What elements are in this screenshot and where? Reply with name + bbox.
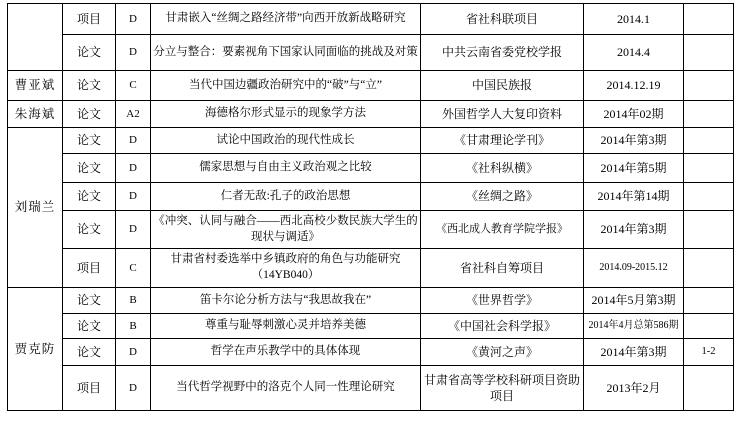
grade-cell: D [116, 183, 151, 211]
grade-cell: A2 [116, 101, 151, 128]
venue-cell: 《黄河之声》 [421, 339, 584, 366]
pages-cell [684, 249, 734, 288]
venue-cell: 《社科纵横》 [421, 154, 584, 183]
pages-cell [684, 101, 734, 128]
entry-type-cell: 论文 [63, 128, 116, 154]
pages-cell: 1-2 [684, 339, 734, 366]
venue-cell: 甘肃省高等学校科研项目资助 项目 [421, 366, 584, 411]
title-cell: 仁者无敌:孔子的政治思想 [151, 183, 421, 211]
pages-cell [684, 366, 734, 411]
venue-cell: 《中国社会科学报》 [421, 314, 584, 339]
pages-cell [684, 154, 734, 183]
venue-cell: 外国哲学人大复印资料 [421, 101, 584, 128]
title-cell: 甘肃嵌入“丝绸之路经济带”向西开放新战略研究 [151, 4, 421, 35]
title-cell: 尊重与耻辱刺激心灵并培养美德 [151, 314, 421, 339]
entry-type-cell: 项目 [63, 249, 116, 288]
pages-cell [684, 35, 734, 71]
venue-cell: 省社科联项目 [421, 4, 584, 35]
entry-type-cell: 论文 [63, 71, 116, 101]
entry-type-cell: 项目 [63, 4, 116, 35]
table-row: 论文 D 儒家思想与自由主义政治观之比较 《社科纵横》 2014年第5期 [8, 154, 734, 183]
title-cell: 甘肃省村委选举中乡镇政府的角色与功能研究 （14YB040） [151, 249, 421, 288]
table-row: 朱海斌 论文 A2 海德格尔形式显示的现象学方法 外国哲学人大复印资料 2014… [8, 101, 734, 128]
entry-type-cell: 论文 [63, 339, 116, 366]
title-cell: 分立与整合：要素视角下国家认同面临的挑战及对策 [151, 35, 421, 71]
entry-type-cell: 论文 [63, 211, 116, 249]
author-name-cell: 朱海斌 [8, 101, 63, 128]
author-name-cell: 刘瑞兰 [8, 128, 63, 288]
author-name-cell: 贾克防 [8, 288, 63, 411]
table-row: 项目 D 甘肃嵌入“丝绸之路经济带”向西开放新战略研究 省社科联项目 2014.… [8, 4, 734, 35]
entry-type-cell: 项目 [63, 366, 116, 411]
title-cell: 海德格尔形式显示的现象学方法 [151, 101, 421, 128]
grade-cell: D [116, 154, 151, 183]
grade-cell: D [116, 128, 151, 154]
table-row: 论文 D 哲学在声乐教学中的具体体现 《黄河之声》 2014年第3期 1-2 [8, 339, 734, 366]
grade-cell: B [116, 314, 151, 339]
date-cell: 2014年02期 [584, 101, 684, 128]
grade-cell: D [116, 366, 151, 411]
pages-cell [684, 314, 734, 339]
title-cell: 《冲突、认同与融合——西北高校少数民族大学生的 现状与调适》 [151, 211, 421, 249]
venue-cell: 省社科自筹项目 [421, 249, 584, 288]
title-cell: 笛卡尔论分析方法与“我思故我在” [151, 288, 421, 314]
date-cell: 2014.12.19 [584, 71, 684, 101]
pages-cell [684, 211, 734, 249]
title-cell: 哲学在声乐教学中的具体体现 [151, 339, 421, 366]
grade-cell: D [116, 4, 151, 35]
date-cell: 2014年4月总第586期 [584, 314, 684, 339]
document-page: 项目 D 甘肃嵌入“丝绸之路经济带”向西开放新战略研究 省社科联项目 2014.… [0, 0, 742, 422]
title-cell: 儒家思想与自由主义政治观之比较 [151, 154, 421, 183]
publications-table: 项目 D 甘肃嵌入“丝绸之路经济带”向西开放新战略研究 省社科联项目 2014.… [7, 3, 734, 411]
pages-cell [684, 288, 734, 314]
table-row: 论文 D 分立与整合：要素视角下国家认同面临的挑战及对策 中共云南省委党校学报 … [8, 35, 734, 71]
date-cell: 2014年5月第3期 [584, 288, 684, 314]
pages-cell [684, 128, 734, 154]
table-row: 曹亚斌 论文 C 当代中国边疆政治研究中的“破”与“立” 中国民族报 2014.… [8, 71, 734, 101]
table-row: 贾克防 论文 B 笛卡尔论分析方法与“我思故我在” 《世界哲学》 2014年5月… [8, 288, 734, 314]
date-cell: 2014.4 [584, 35, 684, 71]
pages-cell [684, 183, 734, 211]
title-cell: 试论中国政治的现代性成长 [151, 128, 421, 154]
date-cell: 2014.1 [584, 4, 684, 35]
venue-cell: 《丝绸之路》 [421, 183, 584, 211]
venue-cell: 中共云南省委党校学报 [421, 35, 584, 71]
entry-type-cell: 论文 [63, 183, 116, 211]
author-name-cell: 曹亚斌 [8, 71, 63, 101]
table-row: 项目 C 甘肃省村委选举中乡镇政府的角色与功能研究 （14YB040） 省社科自… [8, 249, 734, 288]
title-cell: 当代哲学视野中的洛克个人同一性理论研究 [151, 366, 421, 411]
entry-type-cell: 论文 [63, 314, 116, 339]
table-row: 项目 D 当代哲学视野中的洛克个人同一性理论研究 甘肃省高等学校科研项目资助 项… [8, 366, 734, 411]
entry-type-cell: 论文 [63, 288, 116, 314]
table-row: 论文 D 仁者无敌:孔子的政治思想 《丝绸之路》 2014年第14期 [8, 183, 734, 211]
date-cell: 2014年第5期 [584, 154, 684, 183]
venue-cell: 《西北成人教育学院学报》 [421, 211, 584, 249]
pages-cell [684, 4, 734, 35]
date-cell: 2014.09-2015.12 [584, 249, 684, 288]
venue-cell: 中国民族报 [421, 71, 584, 101]
date-cell: 2014年第3期 [584, 128, 684, 154]
venue-cell: 《甘肃理论学刊》 [421, 128, 584, 154]
entry-type-cell: 论文 [63, 35, 116, 71]
table-row: 论文 B 尊重与耻辱刺激心灵并培养美德 《中国社会科学报》 2014年4月总第5… [8, 314, 734, 339]
grade-cell: C [116, 71, 151, 101]
table-row: 刘瑞兰 论文 D 试论中国政治的现代性成长 《甘肃理论学刊》 2014年第3期 [8, 128, 734, 154]
venue-cell: 《世界哲学》 [421, 288, 584, 314]
grade-cell: B [116, 288, 151, 314]
table-row: 论文 D 《冲突、认同与融合——西北高校少数民族大学生的 现状与调适》 《西北成… [8, 211, 734, 249]
grade-cell: C [116, 249, 151, 288]
date-cell: 2014年第3期 [584, 339, 684, 366]
title-cell: 当代中国边疆政治研究中的“破”与“立” [151, 71, 421, 101]
grade-cell: D [116, 339, 151, 366]
date-cell: 2013年2月 [584, 366, 684, 411]
pages-cell [684, 71, 734, 101]
date-cell: 2014年第14期 [584, 183, 684, 211]
entry-type-cell: 论文 [63, 154, 116, 183]
grade-cell: D [116, 35, 151, 71]
entry-type-cell: 论文 [63, 101, 116, 128]
date-cell: 2014年第3期 [584, 211, 684, 249]
grade-cell: D [116, 211, 151, 249]
author-name-cell [8, 4, 63, 71]
